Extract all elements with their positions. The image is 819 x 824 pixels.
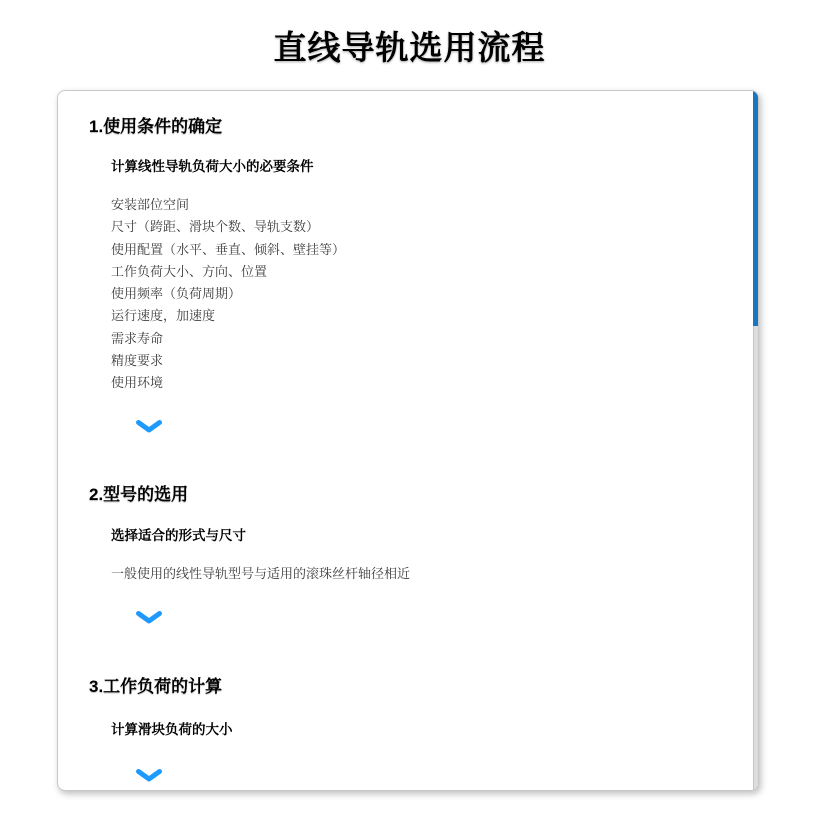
step-2: 2.型号的选用 选择适合的形式与尺寸 一般使用的线性导轨型号与适用的滚珠丝杆轴径… <box>89 480 712 625</box>
chevron-down-icon <box>135 610 163 625</box>
scrollbar-track[interactable] <box>753 91 758 790</box>
step-2-description: 一般使用的线性导轨型号与适用的滚珠丝杆轴径相近 <box>111 563 712 585</box>
condition-item: 安装部位空间 <box>111 194 712 216</box>
step-3: 3.工作负荷的计算 计算滑块负荷的大小 <box>89 672 712 783</box>
chevron-down-icon <box>135 419 163 434</box>
step-1: 1.使用条件的确定 计算线性导轨负荷大小的必要条件 安装部位空间 尺寸（跨距、滑… <box>89 112 712 434</box>
condition-item: 使用频率（负荷周期） <box>111 283 712 305</box>
flow-arrow-1 <box>135 419 712 434</box>
chevron-down-icon <box>135 768 163 783</box>
step-1-heading: 1.使用条件的确定 <box>89 112 712 137</box>
condition-item: 尺寸（跨距、滑块个数、导轨支数） <box>111 216 712 238</box>
flow-card-content: 1.使用条件的确定 计算线性导轨负荷大小的必要条件 安装部位空间 尺寸（跨距、滑… <box>58 91 758 783</box>
condition-item: 需求寿命 <box>111 328 712 350</box>
scrollbar-thumb[interactable] <box>753 91 759 326</box>
condition-item: 使用配置（水平、垂直、倾斜、壁挂等） <box>111 239 712 261</box>
flow-card: 1.使用条件的确定 计算线性导轨负荷大小的必要条件 安装部位空间 尺寸（跨距、滑… <box>57 90 759 791</box>
step-1-subtitle: 计算线性导轨负荷大小的必要条件 <box>111 155 712 175</box>
flow-arrow-2 <box>135 610 712 625</box>
step-1-condition-list: 安装部位空间 尺寸（跨距、滑块个数、导轨支数） 使用配置（水平、垂直、倾斜、壁挂… <box>89 194 712 395</box>
condition-item: 使用环境 <box>111 372 712 394</box>
condition-item: 精度要求 <box>111 350 712 372</box>
step-3-subtitle: 计算滑块负荷的大小 <box>111 718 712 738</box>
condition-item: 运行速度，加速度 <box>111 305 712 327</box>
step-3-heading: 3.工作负荷的计算 <box>89 672 712 697</box>
step-2-subtitle: 选择适合的形式与尺寸 <box>111 524 712 544</box>
condition-item: 工作负荷大小、方向、位置 <box>111 261 712 283</box>
page-title: 直线导轨选用流程 <box>0 22 819 69</box>
flow-arrow-3 <box>135 768 712 783</box>
step-2-heading: 2.型号的选用 <box>89 480 712 505</box>
